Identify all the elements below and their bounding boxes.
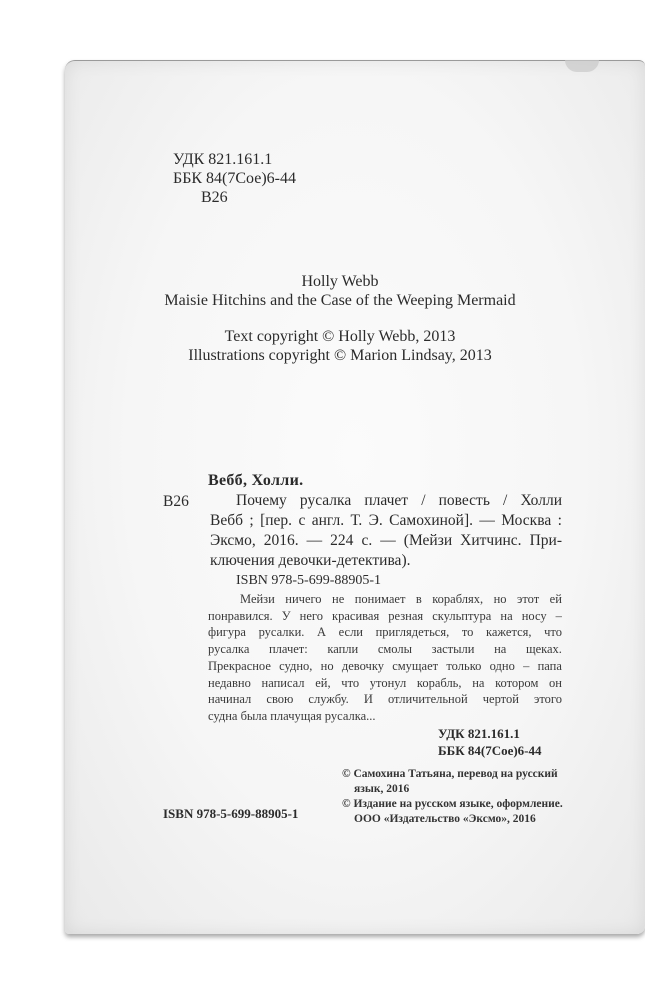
- word: ей,: [315, 675, 330, 692]
- text-line: понравился.Унегокрасиваярезнаяскульптура…: [208, 608, 562, 625]
- word: :: [558, 511, 562, 531]
- word: красивая: [332, 608, 379, 625]
- original-credits: Holly Webb Maisie Hitchins and the Case …: [140, 272, 540, 365]
- footer-udk: УДК 821.161.1: [438, 725, 542, 742]
- original-author: Holly Webb: [140, 272, 540, 291]
- copyright-notices: © Самохина Татьяна, перевод на русский я…: [342, 767, 563, 827]
- word: Москва: [501, 511, 551, 531]
- text-line: Почемурусалкаплачет/повесть/Холли: [210, 491, 562, 511]
- word: приглядеться,: [376, 624, 450, 641]
- word: если: [339, 624, 363, 641]
- word: —: [380, 531, 396, 551]
- word: утонул: [370, 675, 406, 692]
- word: повесть: [439, 491, 490, 511]
- text-line: русалкаплачет:каплисмолызастылинащеках.: [208, 641, 562, 658]
- word: одно: [490, 658, 515, 675]
- word: судно,: [279, 658, 312, 675]
- word: носу: [522, 608, 547, 625]
- word: /: [421, 491, 425, 511]
- author-mark-label: В26: [163, 493, 189, 511]
- author-heading: Вебб, Холли.: [208, 472, 303, 490]
- bibliographic-description: Почемурусалкаплачет/повесть/ХоллиВебб;[п…: [210, 491, 562, 571]
- footer-classification: УДК 821.161.1 ББК 84(7Сое)6-44: [438, 725, 542, 759]
- word: на: [494, 641, 506, 658]
- word: щеках.: [526, 641, 562, 658]
- word: этот: [517, 591, 539, 608]
- word: фигура: [208, 624, 246, 641]
- word: плачет: [364, 491, 408, 511]
- word: что: [341, 675, 359, 692]
- word: него: [300, 608, 323, 625]
- annotation-paragraph: Мейзиничегонепонимаетвкораблях,ноэтотейп…: [208, 591, 562, 725]
- word: смолы: [378, 641, 412, 658]
- word: ключения девочки-детектива).: [210, 551, 410, 571]
- word: А: [317, 624, 326, 641]
- header-classification: УДК 821.161.1 ББК 84(7Сое)6-44 В26: [173, 150, 296, 207]
- word: Т.: [350, 511, 362, 531]
- word: написал: [262, 675, 305, 692]
- word: недавно: [208, 675, 251, 692]
- word: застыли: [432, 641, 475, 658]
- original-title: Maisie Hitchins and the Case of the Weep…: [140, 291, 540, 310]
- word: кажется,: [486, 624, 532, 641]
- word: смущает: [392, 658, 438, 675]
- footer-bbk: ББК 84(7Сое)6-44: [438, 742, 542, 759]
- word: чертой: [483, 691, 519, 708]
- isbn-footer: ISBN 978-5-699-88905-1: [163, 806, 298, 822]
- text-line: Вебб;[пер.сангл.Т.Э.Самохиной].—Москва:: [210, 511, 562, 531]
- text-line: ключения девочки-детектива).: [210, 551, 562, 571]
- word: У: [282, 608, 291, 625]
- word: русалки.: [259, 624, 305, 641]
- word: русалка: [300, 491, 351, 511]
- text-line: фигурарусалки.Аеслиприглядеться,токажетс…: [208, 624, 562, 641]
- word: с: [298, 511, 305, 531]
- word: скульптура: [432, 608, 491, 625]
- word: —: [479, 511, 495, 531]
- word: он: [549, 675, 562, 692]
- illustrations-copyright: Illustrations copyright © Marion Lindsay…: [140, 346, 540, 365]
- word: судна была плачущая русалка...: [208, 708, 376, 725]
- isbn-entry: ISBN 978-5-699-88905-1: [236, 573, 381, 589]
- word: понравился.: [208, 608, 273, 625]
- word: на: [472, 675, 484, 692]
- word: свою: [266, 691, 293, 708]
- word: котором: [495, 675, 538, 692]
- word: Почему: [236, 491, 287, 511]
- text-line: Мейзиничегонепонимаетвкораблях,ноэтотей: [208, 591, 562, 608]
- word: девочку: [342, 658, 384, 675]
- edition-copyright-cont: ООО «Издательство «Эксмо», 2016: [342, 812, 563, 827]
- word: Холли: [520, 491, 562, 511]
- word: русалка: [208, 641, 249, 658]
- word: не: [332, 591, 344, 608]
- bbk-code: ББК 84(7Сое)6-44: [173, 169, 296, 188]
- word: с.: [361, 531, 372, 551]
- translation-copyright-cont: язык, 2016: [342, 782, 563, 797]
- text-line: недавнонаписалей,чтоутонулкорабль,накото…: [208, 675, 562, 692]
- word: отличительной: [388, 691, 468, 708]
- udk-code: УДК 821.161.1: [173, 150, 296, 169]
- word: но: [321, 658, 334, 675]
- word: (Мейзи: [404, 531, 452, 551]
- word: При-: [530, 531, 562, 551]
- word: плачет:: [269, 641, 308, 658]
- word: Хитчинс.: [460, 531, 521, 551]
- text-line: Эксмо,2016.—224с.—(МейзиХитчинс.При-: [210, 531, 562, 551]
- word: то: [462, 624, 474, 641]
- word: но: [494, 591, 507, 608]
- word: капли: [327, 641, 358, 658]
- word: И: [364, 691, 373, 708]
- word: службу.: [308, 691, 348, 708]
- word: Э.: [369, 511, 383, 531]
- word: Эксмо,: [210, 531, 256, 551]
- word: –: [556, 608, 562, 625]
- word: понимает: [355, 591, 406, 608]
- author-mark: В26: [173, 188, 296, 207]
- word: [пер.: [260, 511, 292, 531]
- word: этого: [534, 691, 562, 708]
- word: –: [523, 658, 529, 675]
- word: что: [544, 624, 562, 641]
- text-line: начиналсвоюслужбу.Иотличительнойчертойэт…: [208, 691, 562, 708]
- word: 2016.: [264, 531, 299, 551]
- word: только: [446, 658, 481, 675]
- word: Прекрасное: [208, 658, 271, 675]
- word: в: [416, 591, 422, 608]
- word: корабль,: [417, 675, 462, 692]
- word: Мейзи: [240, 591, 275, 608]
- word: Вебб: [210, 511, 243, 531]
- word: 224: [330, 531, 353, 551]
- text-line: Прекрасноесудно,нодевочкусмущаеттолькоод…: [208, 658, 562, 675]
- word: англ.: [312, 511, 344, 531]
- text-line: судна была плачущая русалка...: [208, 708, 562, 725]
- word: /: [503, 491, 507, 511]
- word: начинал: [208, 691, 251, 708]
- word: Самохиной].: [389, 511, 473, 531]
- word: —: [307, 531, 323, 551]
- word: кораблях,: [432, 591, 483, 608]
- word: ничего: [285, 591, 321, 608]
- word: на: [500, 608, 512, 625]
- word: папа: [538, 658, 562, 675]
- word: ей: [550, 591, 562, 608]
- word: ;: [249, 511, 253, 531]
- text-copyright: Text copyright © Holly Webb, 2013: [140, 327, 540, 346]
- word: резная: [388, 608, 423, 625]
- translation-copyright: © Самохина Татьяна, перевод на русский: [342, 767, 563, 782]
- edition-copyright: © Издание на русском языке, оформление.: [342, 797, 563, 812]
